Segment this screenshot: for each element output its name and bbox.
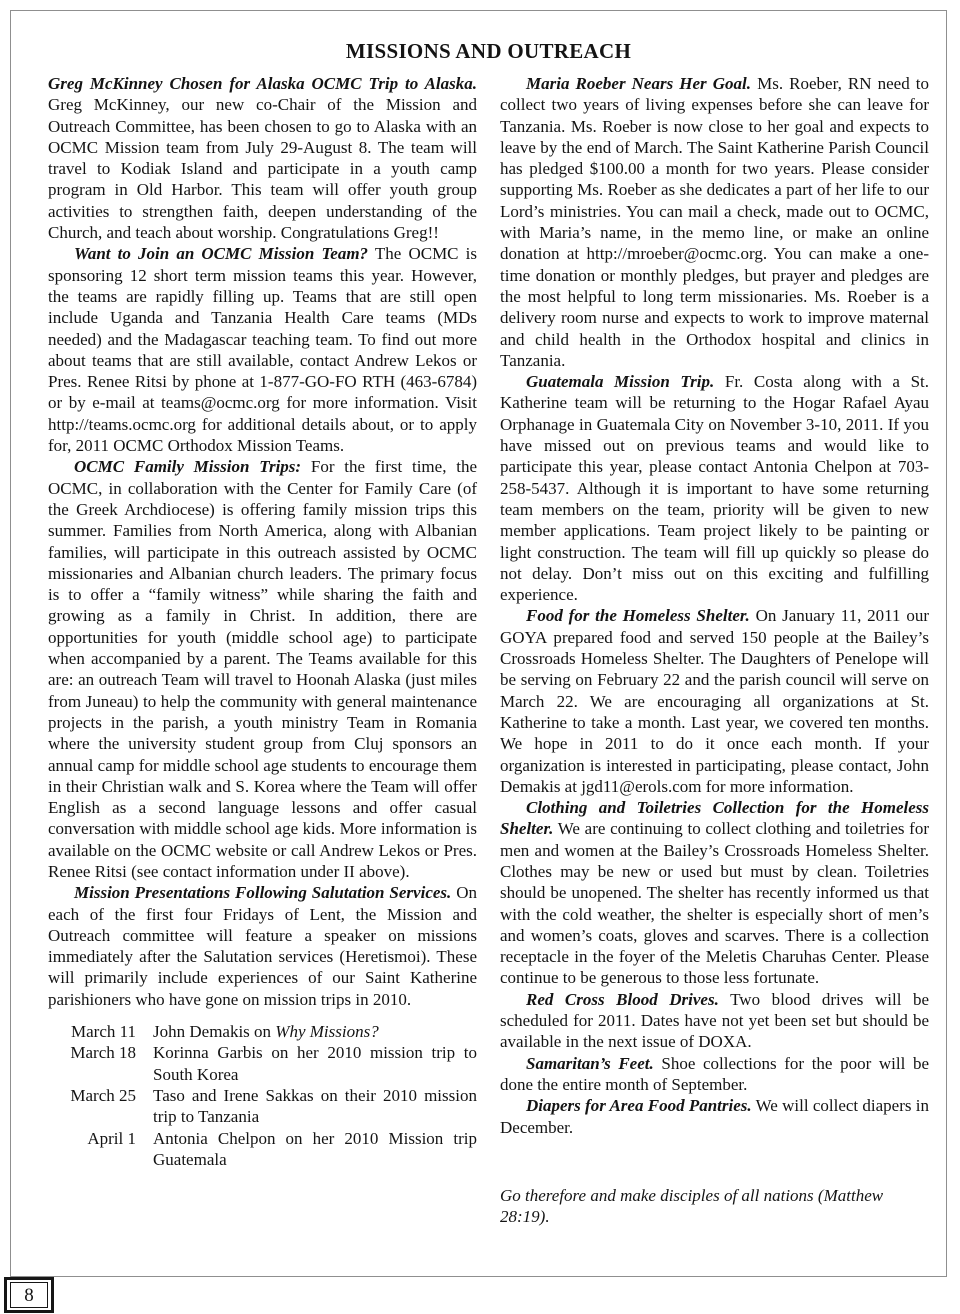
page-content: MISSIONS AND OUTREACH Greg McKinney Chos…: [48, 38, 929, 1244]
paragraph-text: For the first time, the OCMC, in collabo…: [48, 457, 477, 881]
paragraph-lead: Samaritan’s Feet.: [526, 1054, 654, 1073]
paragraph-text: Ms. Roeber, RN need to collect two years…: [500, 74, 929, 370]
paragraph-lead: Greg McKinney Chosen for Alaska OCMC Tri…: [48, 74, 477, 93]
schedule-description: John Demakis on Why Missions?: [153, 1021, 477, 1042]
paragraph-lead: OCMC Family Mission Trips:: [74, 457, 301, 476]
paragraph: Red Cross Blood Drives. Two blood drives…: [500, 989, 929, 1053]
paragraph-text: We are continuing to collect clothing an…: [500, 819, 929, 987]
page-title: MISSIONS AND OUTREACH: [48, 38, 929, 64]
schedule-date: April 1: [48, 1128, 136, 1171]
schedule-text-italic: Why Missions?: [275, 1022, 378, 1041]
paragraph: Want to Join an OCMC Mission Team? The O…: [48, 243, 477, 456]
schedule-date: March 18: [48, 1042, 136, 1085]
schedule-description: Korinna Garbis on her 2010 mission trip …: [153, 1042, 477, 1085]
paragraph: Maria Roeber Nears Her Goal. Ms. Roeber,…: [500, 73, 929, 371]
schedule-description: Taso and Irene Sakkas on their 2010 miss…: [153, 1085, 477, 1128]
presentation-schedule: March 11John Demakis on Why Missions?Mar…: [48, 1021, 477, 1170]
paragraph: Mission Presentations Following Salutati…: [48, 882, 477, 1010]
paragraph-lead: Food for the Homeless Shelter.: [526, 606, 750, 625]
schedule-date: March 25: [48, 1085, 136, 1128]
two-column-layout: Greg McKinney Chosen for Alaska OCMC Tri…: [48, 73, 929, 1244]
schedule-text: Korinna Garbis on her 2010 mission trip …: [153, 1043, 477, 1083]
right-column: Maria Roeber Nears Her Goal. Ms. Roeber,…: [500, 73, 929, 1244]
paragraph: Diapers for Area Food Pantries. We will …: [500, 1095, 929, 1138]
page-number-box: 8: [4, 1277, 54, 1313]
schedule-text: Taso and Irene Sakkas on their 2010 miss…: [153, 1086, 477, 1126]
paragraph-lead: Guatemala Mission Trip.: [526, 372, 714, 391]
newsletter-page: { "page": { "title": "MISSIONS AND OUTRE…: [0, 0, 960, 1314]
paragraph-text: Greg McKinney, our new co-Chair of the M…: [48, 95, 477, 242]
page-number: 8: [10, 1282, 48, 1308]
paragraph-lead: Mission Presentations Following Salutati…: [74, 883, 451, 902]
paragraph: Samaritan’s Feet. Shoe collections for t…: [500, 1053, 929, 1096]
paragraph-lead: Red Cross Blood Drives.: [526, 990, 719, 1009]
paragraph-text: The OCMC is sponsoring 12 short term mis…: [48, 244, 477, 455]
paragraph-lead: Diapers for Area Food Pantries.: [526, 1096, 752, 1115]
paragraph-text: On January 11, 2011 our GOYA prepared fo…: [500, 606, 929, 795]
paragraph: Guatemala Mission Trip. Fr. Costa along …: [500, 371, 929, 605]
paragraph-text: Fr. Costa along with a St. Katherine tea…: [500, 372, 929, 604]
schedule-date: March 11: [48, 1021, 136, 1042]
paragraph-lead: Maria Roeber Nears Her Goal.: [526, 74, 751, 93]
paragraph: Clothing and Toiletries Collection for t…: [500, 797, 929, 989]
scripture-quote: Go therefore and make disciples of all n…: [500, 1185, 929, 1228]
schedule-text: John Demakis on: [153, 1022, 275, 1041]
schedule-text: Antonia Chelpon on her 2010 Mission trip…: [153, 1129, 477, 1169]
schedule-description: Antonia Chelpon on her 2010 Mission trip…: [153, 1128, 477, 1171]
paragraph-lead: Want to Join an OCMC Mission Team?: [74, 244, 368, 263]
paragraph: Food for the Homeless Shelter. On Januar…: [500, 605, 929, 797]
paragraph: Greg McKinney Chosen for Alaska OCMC Tri…: [48, 73, 477, 243]
paragraph: OCMC Family Mission Trips: For the first…: [48, 456, 477, 882]
left-column: Greg McKinney Chosen for Alaska OCMC Tri…: [48, 73, 477, 1244]
